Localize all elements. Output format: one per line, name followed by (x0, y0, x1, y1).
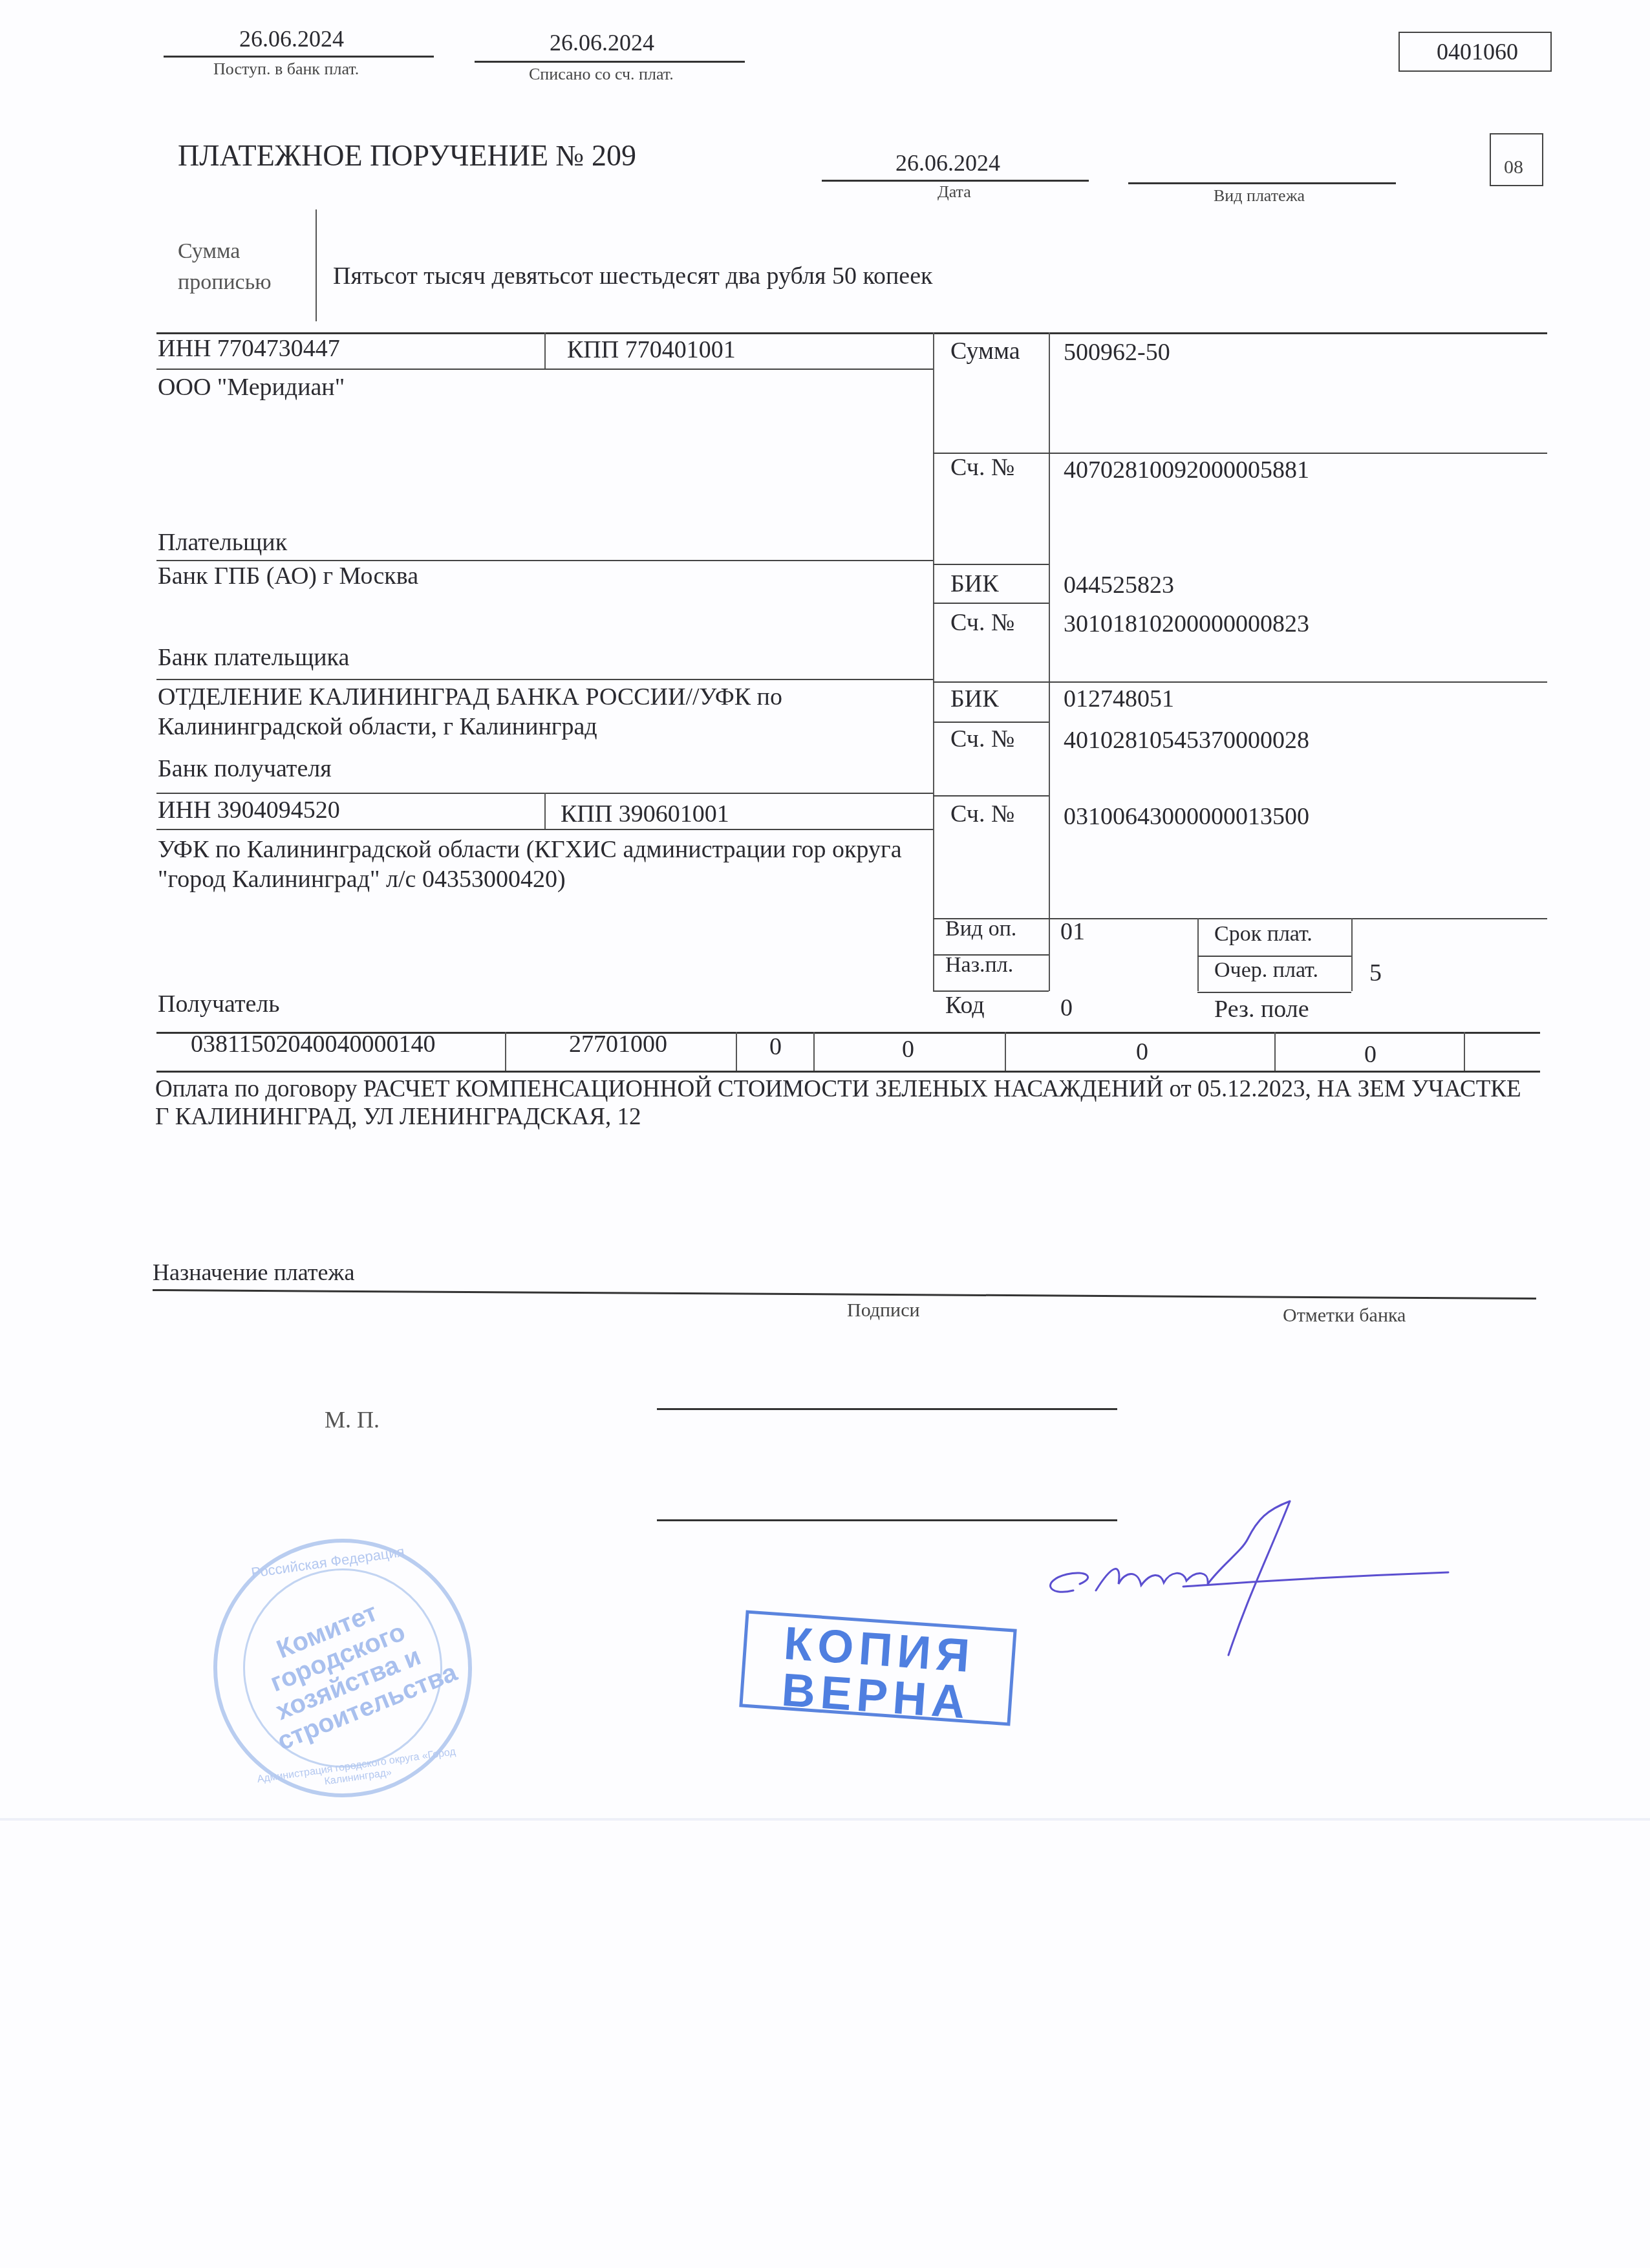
payer-bank-bik: 044525823 (1064, 573, 1174, 597)
payer-inn-bottom-line (156, 369, 933, 370)
received-date-line (164, 56, 434, 58)
debited-date: 26.06.2024 (550, 31, 654, 54)
certified-copy-stamp: КОПИЯ ВЕРНА (739, 1610, 1016, 1726)
budget-div-5 (1274, 1032, 1276, 1071)
payee-bank-bik-bottom-line (933, 722, 1049, 723)
payee-inn-kpp-divider (544, 793, 546, 829)
payee-bank-bik-label: БИК (950, 687, 999, 711)
grid-col-label-right (1049, 332, 1050, 991)
document-date: 26.06.2024 (895, 151, 1000, 175)
payee-inn: ИНН 3904094520 (158, 798, 340, 822)
payee-account: 03100643000000013500 (1064, 804, 1309, 829)
payee-bank-right-bottom-line (933, 795, 1049, 797)
payee-account-label: Сч. № (950, 802, 1014, 826)
code-value: 0 (1060, 996, 1073, 1020)
details-row-2-right (1197, 992, 1351, 993)
budget-kbk: 03811502040040000140 (191, 1032, 436, 1056)
payer-inn: ИНН 7704730447 (158, 336, 340, 361)
payer-inn-kpp-divider (544, 332, 546, 369)
amount-words-label-1: Сумма (178, 241, 240, 262)
amount-words-label-2: прописью (178, 272, 272, 294)
payee-bank-name: ОТДЕЛЕНИЕ КАЛИНИНГРАД БАНКА РОССИИ//УФК … (158, 683, 921, 742)
payee-bank-label: Банк получателя (158, 756, 332, 781)
payee-label: Получатель (158, 992, 280, 1016)
payer-label: Плательщик (158, 530, 287, 555)
amount-bottom-line (933, 453, 1547, 454)
priority-label: Очер. плат. (1214, 959, 1318, 981)
payee-name: УФК по Калининградской области (КГХИС ад… (158, 835, 934, 894)
payee-kpp: КПП 390601001 (561, 802, 729, 826)
budget-doc-date: 0 (1364, 1042, 1377, 1067)
code-label: Код (945, 993, 985, 1018)
debited-date-label: Списано со сч. плат. (529, 66, 674, 83)
payment-purpose: Оплата по договору РАСЧЕТ КОМПЕНСАЦИОННО… (155, 1076, 1539, 1131)
bank-marks-label: Отметки банка (1283, 1306, 1406, 1325)
budget-div-4 (1005, 1032, 1006, 1071)
payer-account-bottom-line (933, 564, 1049, 565)
payee-bank-account: 40102810545370000028 (1064, 728, 1309, 753)
debited-date-line (475, 61, 745, 63)
grid-top-line (156, 332, 1547, 334)
deadline-label: Срок плат. (1214, 923, 1312, 945)
payer-bank-bik-label: БИК (950, 572, 999, 596)
purpose-code-label: Наз.пл. (945, 954, 1013, 976)
payer-account: 40702810092000005881 (1064, 458, 1309, 482)
details-top-line (933, 918, 1547, 919)
budget-div-2 (736, 1032, 737, 1071)
op-type-label: Вид оп. (945, 918, 1016, 940)
status-code: 08 (1504, 158, 1523, 177)
budget-div-3 (813, 1032, 815, 1071)
payee-inn-bottom-line (156, 829, 933, 830)
budget-div-1 (505, 1032, 506, 1071)
payer-bank-account-label: Сч. № (950, 610, 1014, 635)
page-title: ПЛАТЕЖНОЕ ПОРУЧЕНИЕ № 209 (178, 141, 636, 171)
budget-div-6 (1464, 1032, 1465, 1071)
payer-account-label: Сч. № (950, 455, 1014, 480)
payee-bank-bik: 012748051 (1064, 687, 1174, 711)
scan-edge (0, 1818, 1650, 1821)
details-col-3 (1197, 918, 1199, 991)
received-date: 26.06.2024 (239, 27, 344, 50)
date-line (822, 180, 1089, 182)
amount-words-value: Пятьсот тысяч девятьсот шестьдесят два р… (333, 264, 932, 288)
payment-purpose-label: Назначение платежа (153, 1261, 354, 1284)
payment-type-label: Вид платежа (1214, 187, 1305, 204)
payer-bank-bik-bottom-line (933, 603, 1049, 604)
round-stamp: Российская Федерация Комитет городского … (197, 1522, 489, 1814)
amount-value: 500962-50 (1064, 340, 1170, 365)
seal-label: М. П. (325, 1408, 380, 1431)
received-date-label: Поступ. в банк плат. (213, 61, 359, 78)
payment-type-line (1128, 182, 1396, 184)
budget-doc-number: 0 (1136, 1040, 1148, 1064)
priority-value: 5 (1369, 961, 1382, 985)
payer-bank-name: Банк ГПБ (АО) г Москва (158, 564, 418, 588)
amount-label: Сумма (950, 339, 1020, 363)
signatures-label: Подписи (847, 1301, 920, 1320)
details-col-4 (1351, 918, 1353, 991)
payer-bottom-line (156, 560, 933, 561)
payer-bank-account: 30101810200000000823 (1064, 612, 1309, 636)
payer-bank-bottom-line (156, 679, 933, 680)
budget-bottom-line (156, 1071, 1540, 1073)
details-row-1-right (1197, 956, 1351, 957)
budget-oktmo: 27701000 (569, 1032, 667, 1056)
budget-basis: 0 (769, 1034, 782, 1059)
budget-period: 0 (902, 1037, 914, 1062)
amount-words-divider (316, 209, 317, 321)
payee-bank-account-label: Сч. № (950, 727, 1014, 751)
payer-bank-right-bottom-line (933, 681, 1547, 683)
payer-bank-label: Банк плательщика (158, 645, 349, 670)
payment-purpose-bottom-line (153, 1289, 1536, 1300)
handwritten-signature-icon (1034, 1500, 1474, 1668)
date-label: Дата (937, 184, 971, 200)
reserve-label: Рез. поле (1214, 997, 1309, 1022)
payer-name: ООО "Меридиан" (158, 375, 345, 400)
payer-kpp: КПП 770401001 (567, 337, 736, 362)
signature-line-1 (657, 1408, 1117, 1410)
op-type: 01 (1060, 919, 1085, 944)
form-code: 0401060 (1437, 40, 1518, 63)
